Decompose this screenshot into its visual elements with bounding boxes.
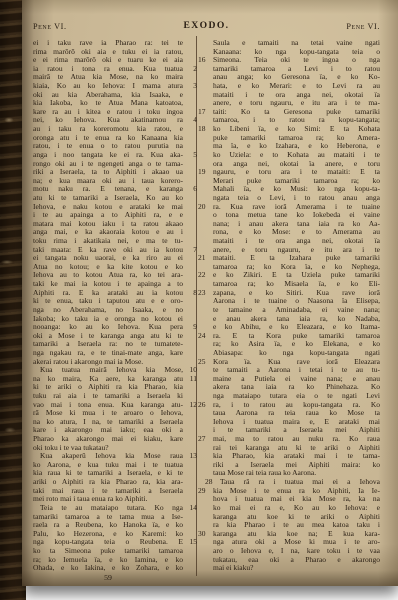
verse-number: 3 — [193, 82, 197, 91]
verse-number: 6 — [193, 185, 197, 194]
verse-number: 30 — [198, 530, 206, 539]
verse-number: 15 — [190, 538, 198, 547]
verse-number: 23 — [198, 289, 206, 298]
page-number: 59 — [33, 573, 183, 582]
column-right-lines: Saula e tamaiti na tetai vaine ngatiKana… — [213, 39, 380, 573]
verse-number: 14 — [183, 504, 198, 513]
verse-number: 5 — [193, 151, 197, 160]
book-title: EXODO. — [33, 20, 380, 32]
verse-number: 11 — [190, 375, 197, 384]
book-photo: { "document": { "header": { "running_hea… — [0, 0, 398, 600]
verse-number: 7 — [193, 246, 197, 255]
verse-number: 27 — [198, 435, 206, 444]
column-left-lines: ei i taku rave ia Pharao ra: tei terima … — [33, 39, 183, 573]
verse-number: 29 — [198, 487, 206, 496]
verse-number: 9 — [193, 323, 197, 332]
book-page: Pene VI. EXODO. Pene VI. ei i taku rave … — [22, 0, 398, 586]
text-line: mai ei kiaku? — [213, 564, 380, 573]
verse-number: 13 — [183, 452, 198, 461]
verse-number: 25 — [198, 358, 206, 367]
running-head-right: Pene VI. — [346, 22, 380, 32]
verse-number: 16 — [198, 56, 206, 65]
verse-number: 22 — [198, 271, 206, 280]
verse-number: 26 — [198, 401, 206, 410]
verse-number: 18 — [198, 125, 206, 134]
verse-number: 2 — [193, 65, 197, 74]
verse-number: 17 — [198, 108, 206, 117]
verse-number: 19 — [198, 168, 206, 177]
verse-number: 21 — [198, 254, 206, 263]
verse-number: 20 — [198, 203, 206, 212]
verse-number: 12 — [190, 401, 198, 410]
verse-number: 24 — [198, 332, 206, 341]
text-line: Ohada, e ko Iakina, e ko Zohara, e ko — [33, 564, 183, 573]
verse-number: 8 — [193, 289, 197, 298]
verse-number: 4 — [193, 116, 197, 125]
